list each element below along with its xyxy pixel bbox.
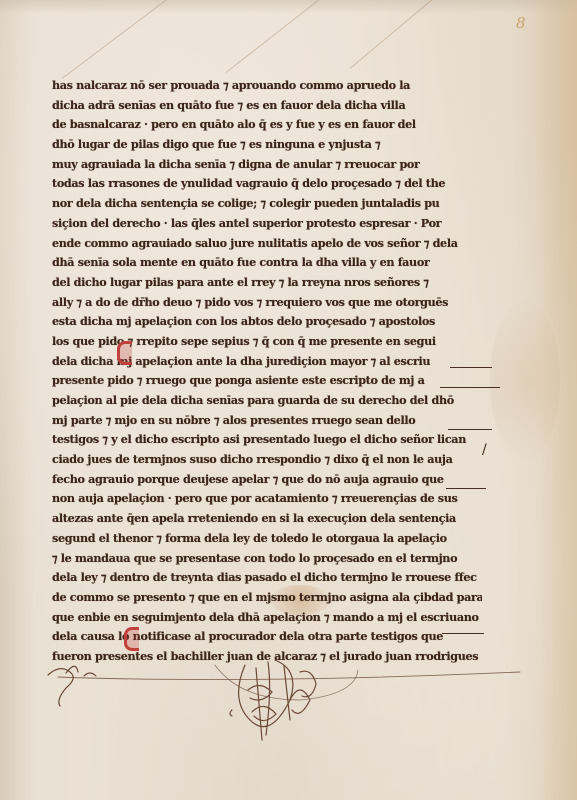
notary-signature-flourishes: [0, 0, 577, 800]
manuscript-page: 8 has nalcaraz nō ser prouada ⁊ aprouand…: [0, 0, 577, 800]
